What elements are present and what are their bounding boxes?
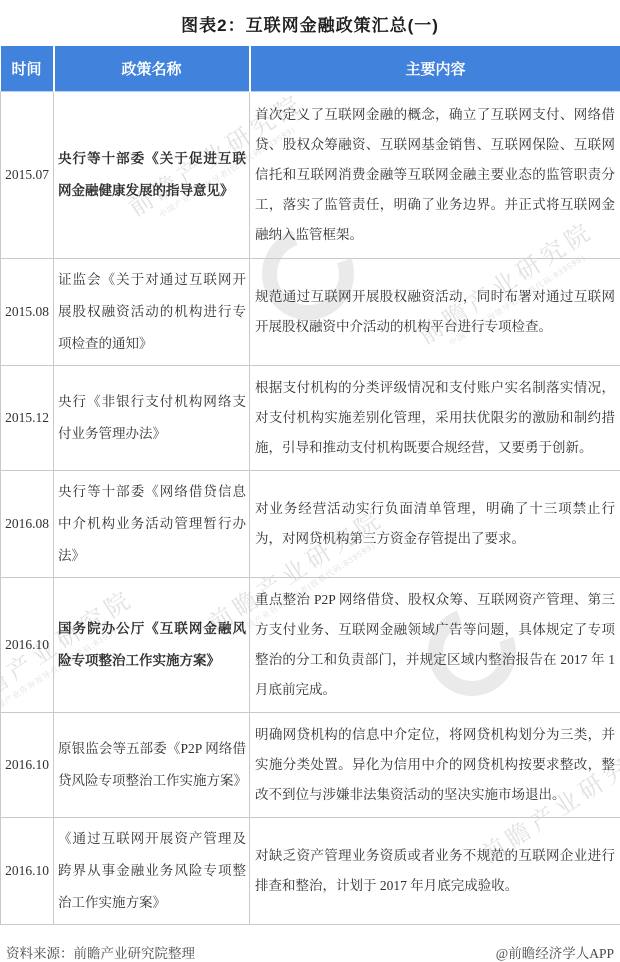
table-header-row: 时间 政策名称 主要内容 bbox=[1, 46, 620, 92]
table-row: 2016.10 原银监会等五部委《P2P 网络借贷风险专项整治工作实施方案》 明… bbox=[1, 713, 620, 818]
table-row: 2016.08 央行等十部委《网络借贷信息中介机构业务活动管理暂行办法》 对业务… bbox=[1, 471, 620, 578]
table-row: 2016.10 国务院办公厅《互联网金融风险专项整治工作实施方案》 重点整治 P… bbox=[1, 578, 620, 713]
time-cell: 2015.12 bbox=[1, 366, 54, 471]
content-cell: 重点整治 P2P 网络借贷、股权众筹、互联网资产管理、第三方支付业务、互联网金融… bbox=[250, 578, 620, 713]
content-cell: 根据支付机构的分类评级情况和支付账户实名制落实情况，对支付机构实施差别化管理，采… bbox=[250, 366, 620, 471]
content-cell: 明确网贷机构的信息中介定位，将网贷机构划分为三类，并实施分类处置。异化为信用中介… bbox=[250, 713, 620, 818]
time-cell: 2016.08 bbox=[1, 471, 54, 578]
source-note: 资料来源：前瞻产业研究院整理 bbox=[6, 942, 195, 962]
table-row: 2015.07 央行等十部委《关于促进互联网金融健康发展的指导意见》 首次定义了… bbox=[1, 92, 620, 259]
time-cell: 2016.10 bbox=[1, 578, 54, 713]
credit-note: @前瞻经济学人APP bbox=[496, 942, 614, 962]
column-header-policy: 政策名称 bbox=[54, 46, 250, 92]
content-cell: 首次定义了互联网金融的概念，确立了互联网支付、网络借贷、股权众筹融资、互联网基金… bbox=[250, 92, 620, 259]
footer: 资料来源：前瞻产业研究院整理 @前瞻经济学人APP bbox=[0, 925, 620, 962]
policy-cell: 央行等十部委《关于促进互联网金融健康发展的指导意见》 bbox=[54, 92, 250, 259]
policy-cell: 原银监会等五部委《P2P 网络借贷风险专项整治工作实施方案》 bbox=[54, 713, 250, 818]
table-row: 2015.08 证监会《关于对通过互联网开展股权融资活动的机构进行专项检查的通知… bbox=[1, 259, 620, 366]
table-row: 2016.10 《通过互联网开展资产管理及跨界从事金融业务风险专项整治工作实施方… bbox=[1, 818, 620, 925]
content-cell: 规范通过互联网开展股权融资活动，同时布署对通过互联网开展股权融资中介活动的机构平… bbox=[250, 259, 620, 366]
policy-cell: 央行《非银行支付机构网络支付业务管理办法》 bbox=[54, 366, 250, 471]
column-header-time: 时间 bbox=[1, 46, 54, 92]
column-header-content: 主要内容 bbox=[250, 46, 620, 92]
time-cell: 2016.10 bbox=[1, 713, 54, 818]
policy-cell: 央行等十部委《网络借贷信息中介机构业务活动管理暂行办法》 bbox=[54, 471, 250, 578]
policy-table: 时间 政策名称 主要内容 2015.07 央行等十部委《关于促进互联网金融健康发… bbox=[0, 46, 620, 925]
time-cell: 2015.08 bbox=[1, 259, 54, 366]
page-title: 图表2：互联网金融政策汇总(一) bbox=[0, 0, 620, 46]
policy-table-body: 2015.07 央行等十部委《关于促进互联网金融健康发展的指导意见》 首次定义了… bbox=[1, 92, 620, 925]
time-cell: 2016.10 bbox=[1, 818, 54, 925]
policy-cell: 《通过互联网开展资产管理及跨界从事金融业务风险专项整治工作实施方案》 bbox=[54, 818, 250, 925]
policy-cell: 国务院办公厅《互联网金融风险专项整治工作实施方案》 bbox=[54, 578, 250, 713]
policy-cell: 证监会《关于对通过互联网开展股权融资活动的机构进行专项检查的通知》 bbox=[54, 259, 250, 366]
content-cell: 对缺乏资产管理业务资质或者业务不规范的互联网企业进行排查和整治，计划于 2017… bbox=[250, 818, 620, 925]
table-row: 2015.12 央行《非银行支付机构网络支付业务管理办法》 根据支付机构的分类评… bbox=[1, 366, 620, 471]
page: 前瞻产业研究院 中国产业咨询领导者(股票代码:839599) 前瞻产业研究院 中… bbox=[0, 0, 620, 962]
time-cell: 2015.07 bbox=[1, 92, 54, 259]
content-cell: 对业务经营活动实行负面清单管理，明确了十三项禁止行为，对网贷机构第三方资金存管提… bbox=[250, 471, 620, 578]
